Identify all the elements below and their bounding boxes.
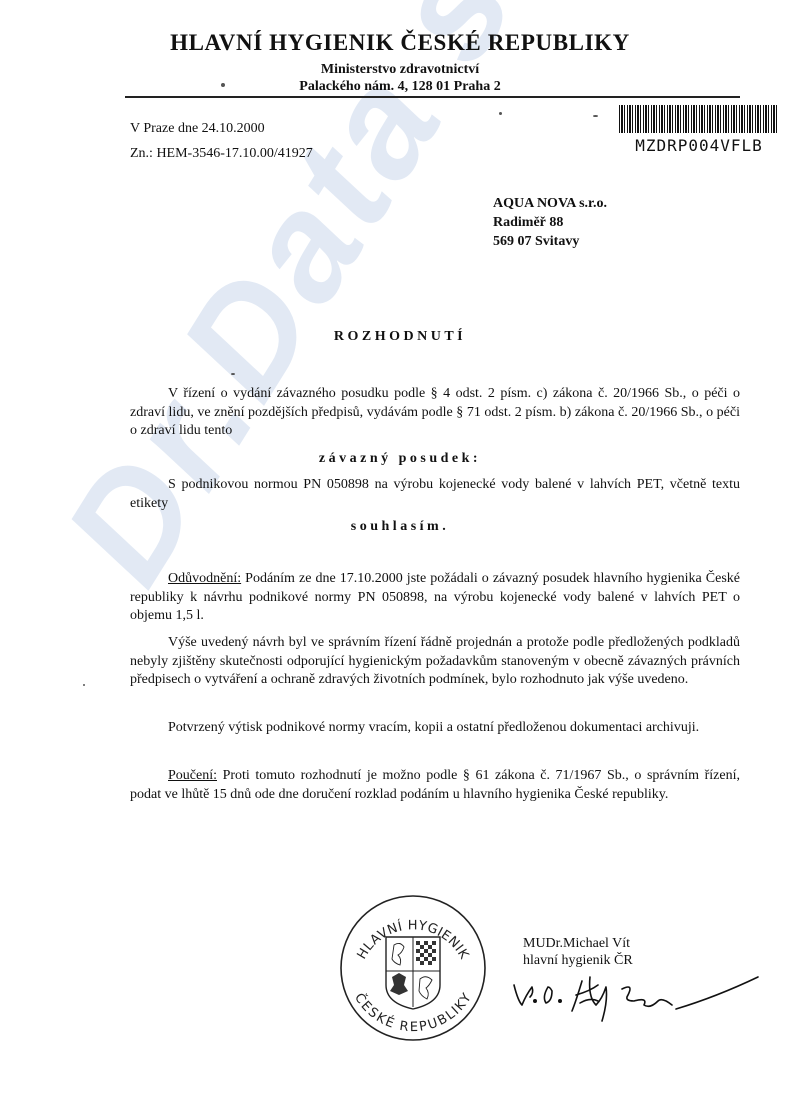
verdict: souhlasím. <box>0 519 800 535</box>
scan-speck <box>593 115 598 117</box>
signatory-name: MUDr.Michael Vít <box>523 935 630 953</box>
decision-heading: závazný posudek: <box>0 451 800 467</box>
intro-paragraph: V řízení o vydání závazného posudku podl… <box>130 385 740 441</box>
scan-speck <box>83 684 85 686</box>
document-title: ROZHODNUTÍ <box>0 329 800 345</box>
official-stamp-icon: HLAVNÍ HYGIENIK ČESKÉ REPUBLIKY <box>338 893 488 1043</box>
barcode-text: MZDRP004VFLB <box>619 136 779 155</box>
handwritten-signature-icon <box>510 965 770 1025</box>
place-date: V Praze dne 24.10.2000 <box>130 121 265 137</box>
letterhead-rule <box>125 96 740 98</box>
document-page: Dr.Data s.r.o. HLAVNÍ HYGIENIK ČESKÉ REP… <box>0 0 800 1100</box>
scan-speck <box>221 83 225 87</box>
reference-number: Zn.: HEM-3546-17.10.00/41927 <box>130 146 313 162</box>
reasoning-paragraph: Odůvodnění: Podáním ze dne 17.10.2000 js… <box>130 570 740 626</box>
recipient-name: AQUA NOVA s.r.o. <box>493 194 607 213</box>
letterhead-address: Palackého nám. 4, 128 01 Praha 2 <box>0 79 800 95</box>
archive-paragraph: Potvrzený výtisk podnikové normy vracím,… <box>130 719 740 738</box>
barcode-icon <box>619 105 779 133</box>
decision-paragraph: S podnikovou normou PN 050898 na výrobu … <box>130 476 740 513</box>
instruction-text: Proti tomuto rozhodnutí je možno podle §… <box>130 768 740 802</box>
evaluation-paragraph: Výše uvedený návrh byl ve správním řízen… <box>130 634 740 690</box>
scan-speck <box>499 112 502 115</box>
instruction-paragraph: Poučení: Proti tomuto rozhodnutí je možn… <box>130 767 740 804</box>
instruction-label: Poučení: <box>168 768 217 783</box>
reasoning-label: Odůvodnění: <box>168 571 241 586</box>
scan-speck <box>231 373 235 375</box>
letterhead-title: HLAVNÍ HYGIENIK ČESKÉ REPUBLIKY <box>0 30 800 56</box>
recipient-city: 569 07 Svitavy <box>493 232 579 251</box>
letterhead-ministry: Ministerstvo zdravotnictví <box>0 62 800 78</box>
coat-of-arms-icon <box>386 937 440 1009</box>
recipient-street: Radiměř 88 <box>493 213 563 232</box>
